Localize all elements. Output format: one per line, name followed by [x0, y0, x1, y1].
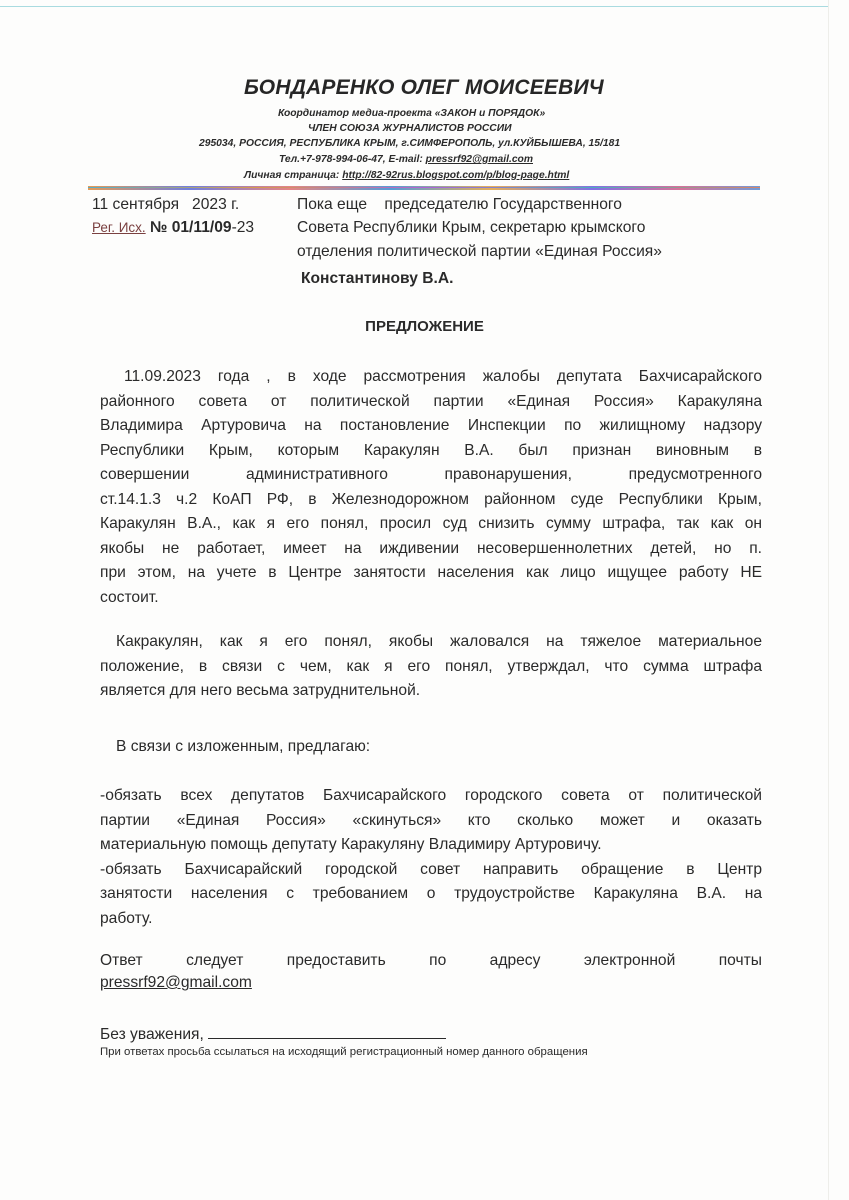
footnote: При ответах просьба ссылаться на исходящ… — [100, 1046, 588, 1058]
proposal-line: занятости населения с требованием о труд… — [100, 882, 762, 907]
closing-text: Без уважения, — [100, 1026, 204, 1043]
proposal-line: -обязать Бахчисарайский городской совет … — [100, 858, 762, 883]
email-link[interactable]: pressrf92@gmail.com — [426, 154, 533, 165]
reply-email-line: pressrf92@gmail.com — [100, 972, 762, 994]
letterhead-divider — [88, 186, 760, 190]
author-page: Личная страница: http://82-92rus.blogspo… — [244, 170, 569, 181]
paragraph-2: Какракулян, как я его понял, якобы жалов… — [100, 630, 762, 704]
recipient-name: Константинову В.А. — [301, 270, 453, 288]
reg-label: Рег. Исх. — [92, 220, 146, 235]
phone-label: Тел.+7-978-994-06-47, E-mail: — [279, 154, 426, 165]
paragraph-3: В связи с изложенным, предлагаю: — [100, 735, 762, 760]
paragraph-line: якобы не работает, имеет на иждивении не… — [100, 537, 762, 562]
blog-link[interactable]: http://82-92rus.blogspot.com/p/blog-page… — [342, 170, 569, 181]
proposal-line: -обязать всех депутатов Бахчисарайского … — [100, 784, 762, 809]
paragraph-line: районного совета от политической партии … — [100, 390, 762, 415]
signature-line — [208, 1024, 446, 1039]
document-title: ПРЕДЛОЖЕНИЕ — [0, 318, 849, 335]
reply-instruction: Ответ следует предоставить по адресу эле… — [100, 950, 762, 994]
paragraph-line: Какракулян, как я его понял, якобы жалов… — [100, 630, 762, 655]
author-address: 295034, РОССИЯ, РЕСПУБЛИКА КРЫМ, г.СИМФЕ… — [199, 138, 620, 149]
document-date: 11 сентября 2023 г. — [92, 196, 239, 214]
recipient-line-3: отделения политической партии «Единая Ро… — [297, 243, 662, 261]
author-role: Координатор медиа-проекта «ЗАКОН и ПОРЯД… — [278, 108, 545, 119]
recipient-line-1: Пока еще председателю Государственного — [297, 196, 622, 214]
scan-edge-top — [0, 6, 828, 7]
page-label: Личная страница: — [244, 170, 342, 181]
paragraph-line: Каракулян В.А., как я его понял, просил … — [100, 512, 762, 537]
paragraph-line: состоит. — [100, 586, 762, 611]
registration-number: Рег. Исх. № 01/11/09-23 — [92, 219, 254, 237]
proposal-line: партии «Единая Россия» «скинуться» кто с… — [100, 809, 762, 834]
proposal-line: материальную помощь депутату Каракуляну … — [100, 833, 762, 858]
closing: Без уважения, — [100, 1024, 446, 1044]
reply-line: Ответ следует предоставить по адресу эле… — [100, 950, 762, 972]
paragraph-1: 11.09.2023 года , в ходе рассмотрения жа… — [100, 365, 762, 610]
recipient-line-2: Совета Республики Крым, секретарю крымск… — [297, 219, 645, 237]
paragraph-line: является для него весьма затруднительной… — [100, 679, 762, 704]
author-membership: ЧЛЕН СОЮЗА ЖУРНАЛИСТОВ РОССИИ — [308, 123, 512, 134]
paragraph-line: ст.14.1.3 ч.2 КоАП РФ, в Железнодорожном… — [100, 488, 762, 513]
reg-suffix: -23 — [232, 219, 255, 236]
author-contacts: Тел.+7-978-994-06-47, E-mail: pressrf92@… — [279, 154, 533, 165]
reply-email-link[interactable]: pressrf92@gmail.com — [100, 974, 252, 991]
paragraph-line: совершении административного правонаруше… — [100, 463, 762, 488]
paragraph-line: 11.09.2023 года , в ходе рассмотрения жа… — [100, 365, 762, 390]
proposal-line: работу. — [100, 907, 762, 932]
paragraph-line: Республики Крым, которым Каракулян В.А. … — [100, 439, 762, 464]
paragraph-line: В связи с изложенным, предлагаю: — [100, 735, 762, 760]
paragraph-line: Владимира Артуровича на постановление Ин… — [100, 414, 762, 439]
reg-number: № 01/11/09 — [150, 219, 232, 236]
author-name: БОНДАРЕНКО ОЛЕГ МОИСЕЕВИЧ — [244, 76, 624, 100]
proposals-list: -обязать всех депутатов Бахчисарайского … — [100, 784, 762, 931]
paragraph-line: положение, в связи с чем, как я его поня… — [100, 655, 762, 680]
paragraph-line: при этом, на учете в Центре занятости на… — [100, 561, 762, 586]
scan-edge-right — [828, 0, 829, 1200]
